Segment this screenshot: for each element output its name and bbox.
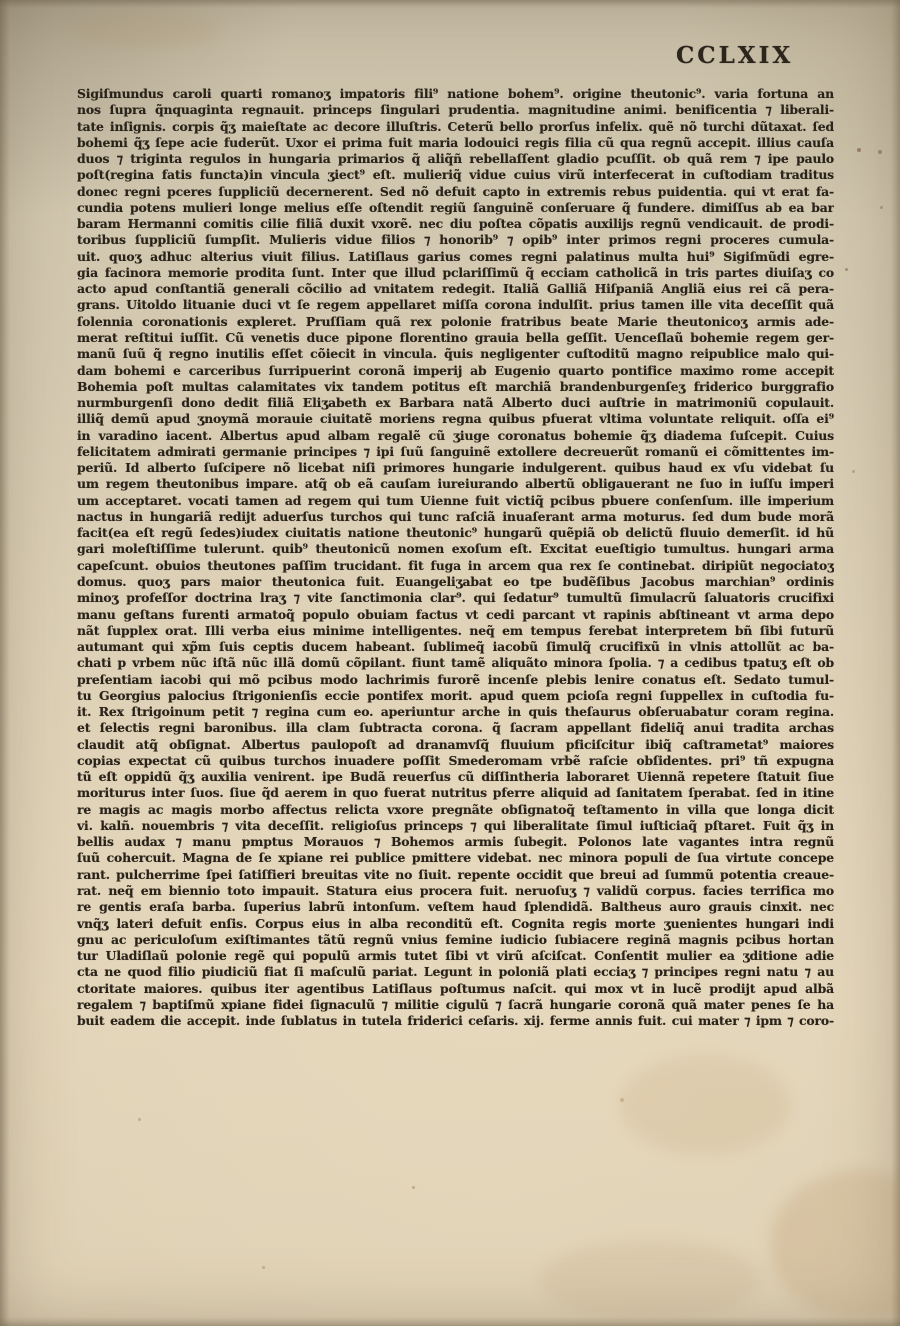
text-line: domus. quoʒ pars maior theutonica fuit. … — [77, 574, 834, 590]
page-edge-bottom — [0, 1317, 900, 1326]
text-line: gari moleſtiſſime tulerunt. quib⁹ theuto… — [77, 541, 834, 557]
text-line: gnu ac periculoſum exiſtimantes tãtũ reg… — [77, 932, 834, 948]
text-line: dam bohemi e carceribus ſurripuerint cor… — [77, 363, 834, 379]
foxing-speck — [878, 150, 882, 154]
text-line: illiq̃ demũ apud ʒnoymã morauie ciuitatẽ… — [77, 411, 834, 427]
text-line: in varadino iacent. Albertus apud albam … — [77, 428, 834, 444]
text-line: et ſelectis regni baronibus. illa clam ſ… — [77, 720, 834, 736]
foxing-speck — [857, 148, 861, 152]
text-line: Sigiſmundus caroli quarti romanoʒ impato… — [77, 86, 834, 102]
text-line: rat. neq̃ em biennio toto impauit. Statu… — [77, 883, 834, 899]
text-line: capeſcunt. obuios theutones paſſim truci… — [77, 558, 834, 574]
text-line: periũ. Id alberto ſuſcipere nõ licebat n… — [77, 460, 834, 476]
text-line: vnq̃ʒ lateri defuit enſis. Corpus eius i… — [77, 916, 834, 932]
foxing-speck — [852, 470, 855, 473]
text-line: chati p vrbem nũc iſtã nũc illã domũ cõp… — [77, 655, 834, 671]
text-line: nurmburgenſi dono dedit filiã Eliʒabeth … — [77, 395, 834, 411]
text-line: copias expectat cũ quibus turchos inuade… — [77, 753, 834, 769]
stain-bottom-fold — [540, 1240, 760, 1320]
text-line: minoʒ profeſſor doctrina lraʒ ⁊ vite ſan… — [77, 590, 834, 606]
text-line: duos ⁊ triginta regulos in hungaria prim… — [77, 151, 834, 167]
text-line: ſolennia coronationis expleret. Pruſſiam… — [77, 314, 834, 330]
text-line: regalem ⁊ baptiſmũ xpiane fidei ſignacul… — [77, 997, 834, 1013]
text-line: tu Georgius palocius ſtrigonienſis eccie… — [77, 688, 834, 704]
text-line: poſt(regina fatis functa)in vincula ʒiec… — [77, 167, 834, 183]
text-line: ctoritate maiores. quibus iter agentibus… — [77, 981, 834, 997]
text-line: nos ſupra q̃nquaginta regnauit. princeps… — [77, 102, 834, 118]
text-line: grans. Uitoldo lituanie duci vt ſe regem… — [77, 297, 834, 313]
text-line: ſuũ cohercuit. Magna de ſe xpiane rei pu… — [77, 850, 834, 866]
page-edge-left — [0, 0, 10, 1326]
stain-bottom-right — [770, 1170, 900, 1320]
foxing-speck — [138, 1118, 141, 1121]
text-line: autumant qui xp̃m ſuis ceptis ducem habe… — [77, 639, 834, 655]
text-line: felicitatem admirati germanie principes … — [77, 444, 834, 460]
page-edge-top — [0, 0, 900, 8]
text-line: um regem theutonibus impare. atq̃ ob eã … — [77, 476, 834, 492]
folio-number: CCLXIX — [676, 42, 856, 69]
stain-bottom-center — [620, 1055, 790, 1155]
foxing-speck — [845, 268, 848, 271]
text-line: rant. pulcherrime ſpei ſatiſfieri breuit… — [77, 867, 834, 883]
text-line: cta ne quod filio piudiciũ fiat ſi maſcu… — [77, 964, 834, 980]
text-line: nãt ſupplex orat. Illi verba eius minime… — [77, 623, 834, 639]
text-line: merat reſtitui iuſſit. Cũ venetis duce p… — [77, 330, 834, 346]
foxing-speck — [412, 1186, 415, 1189]
text-line: re magis ac magis morbo affectus relicta… — [77, 802, 834, 818]
foxing-speck — [620, 1098, 624, 1102]
page-edge-right — [891, 0, 900, 1326]
text-line: facit(ea eſt regũ ſedes)iudex ciuitatis … — [77, 525, 834, 541]
text-line: re gentis eraſa barba. ſuperius labrũ in… — [77, 899, 834, 915]
text-line: bohemi q̃ʒ ſepe acie fuderũt. Uxor ei pr… — [77, 135, 834, 151]
text-line: vi. kalñ. nouembris ⁊ vita deceſſit. rel… — [77, 818, 834, 834]
foxing-speck — [262, 1266, 265, 1269]
text-line: manu geſtans furenti armatoq̃ populo obu… — [77, 607, 834, 623]
text-line: donec regni pceres ſuppliciũ decernerent… — [77, 184, 834, 200]
text-line: claudit atq̃ obſignat. Albertus paulopoſ… — [77, 737, 834, 753]
text-line: uit. quoʒ adhuc alterius viuit filius. L… — [77, 249, 834, 265]
text-line: cundia potens mulieri longe melius eſſe … — [77, 200, 834, 216]
text-line: Bohemia poſt multas calamitates vix tand… — [77, 379, 834, 395]
text-line: baram Hermanni comitis cilie filiã duxit… — [77, 216, 834, 232]
stain-top-left — [70, 14, 220, 48]
manuscript-page: CCLXIX Sigiſmundus caroli quarti romanoʒ… — [0, 0, 900, 1326]
text-line: buit eadem die accepit. inde ſublatus in… — [77, 1013, 834, 1029]
text-line: um acceptaret. vocati tamen ad regem qui… — [77, 493, 834, 509]
text-line: gia facinora memorie prodita ſunt. Inter… — [77, 265, 834, 281]
text-line: manũ ſuũ q̃ regno inutilis eſſet cõiecit… — [77, 346, 834, 362]
text-line: preſentiam iacobi qui mõ pcibus modo lac… — [77, 672, 834, 688]
text-block: Sigiſmundus caroli quarti romanoʒ impato… — [77, 86, 834, 1038]
text-line: tur Uladiſlaũ polonie regẽ qui populũ ar… — [77, 948, 834, 964]
text-line: bellis audax ⁊ manu pmptus Morauos ⁊ Boh… — [77, 834, 834, 850]
text-line: tate inſignis. corpis q̃ʒ maieſtate ac d… — [77, 119, 834, 135]
text-line: toribus ſuppliciũ ſumpſit. Mulieris vidu… — [77, 232, 834, 248]
foxing-speck — [880, 206, 883, 209]
text-line: nactus in hungariã redijt aduerſus turch… — [77, 509, 834, 525]
text-line: it. Rex ſtrigoinum petit ⁊ regina cum eo… — [77, 704, 834, 720]
text-line: acto apud conſtantiã generali cõcilio ad… — [77, 281, 834, 297]
text-line: tũ eſt oppidũ q̃ʒ auxilia venirent. ipe … — [77, 769, 834, 785]
text-line: moriturus inter ſuos. ſiue q̃d aerem in … — [77, 785, 834, 801]
